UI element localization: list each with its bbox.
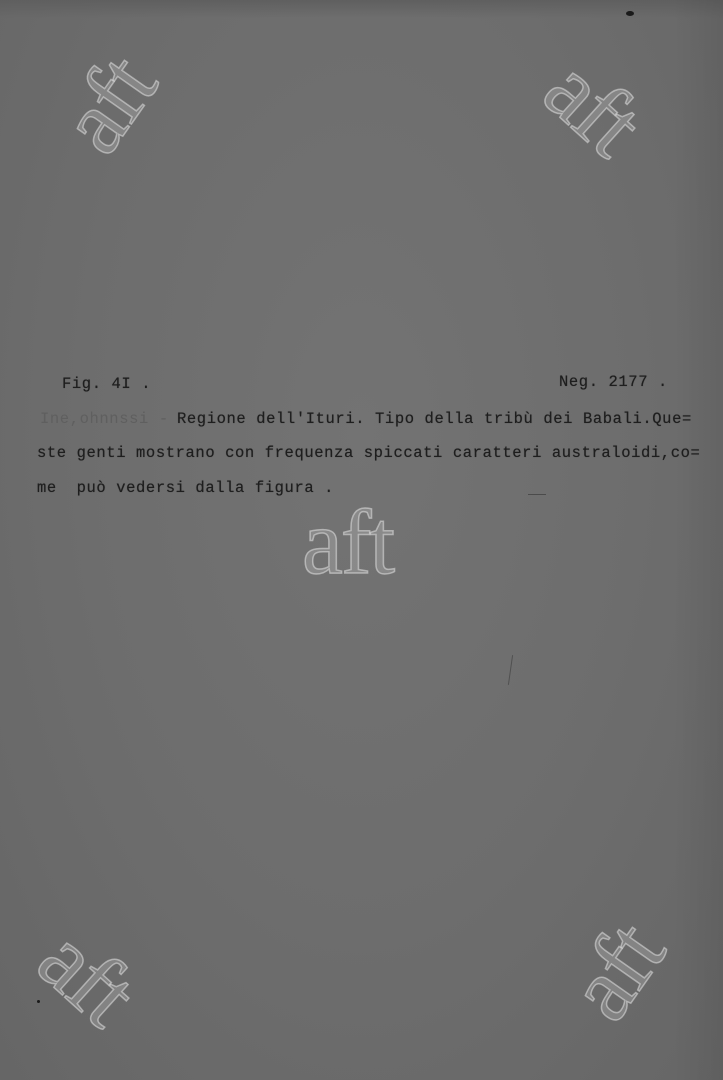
dust-speck [626,11,634,16]
watermark-center: aft [302,496,393,588]
page-edge-shading [673,0,723,1080]
caption-line: ste genti mostrano con frequenza spiccat… [37,446,700,462]
paper-scratch [508,655,513,685]
caption-line: me può vedersi dalla figura . [37,481,334,497]
watermark-bottom-right: aft [552,907,680,1034]
dust-speck [37,1000,40,1003]
figure-number: Fig. 4I . [62,377,151,393]
stray-mark [528,494,546,495]
watermark-top-left: aft [44,40,172,167]
watermark-bottom-left: aft [23,911,152,1040]
scanned-page: aft aft aft aft aft Fig. 4I . Neg. 2177 … [0,0,723,1080]
negative-number: Neg. 2177 . [559,375,668,391]
ghost-bleed-text: Ine,ohnnssi - [40,412,169,428]
watermark-top-right: aft [529,41,658,170]
caption-line: Regione dell'Ituri. Tipo della tribù dei… [177,412,692,428]
